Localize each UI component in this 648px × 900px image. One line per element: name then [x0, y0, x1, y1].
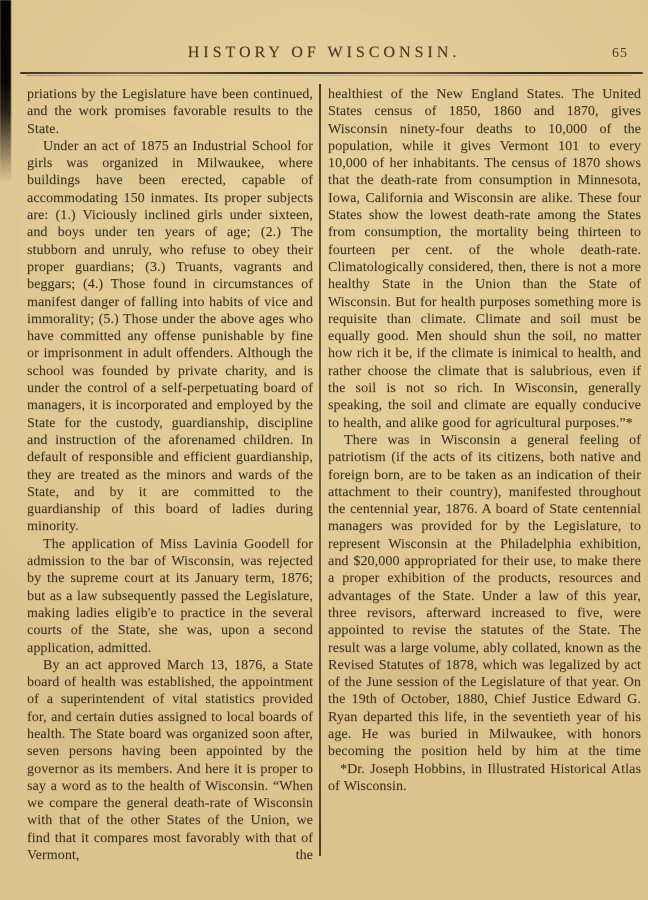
footnote: *Dr. Joseph Hobbins, in Illustrated Hist… — [328, 761, 641, 796]
page-number: 65 — [612, 46, 628, 62]
right-column-paragraphs: healthiest of the New England States. Th… — [328, 86, 641, 761]
paragraph: There was in Wisconsin a general feeling… — [328, 432, 641, 761]
right-column: healthiest of the New England States. Th… — [328, 86, 641, 795]
page-header-title: HISTORY OF WISCONSIN. — [0, 44, 648, 62]
paragraph: Under an act of 1875 an Industrial Schoo… — [27, 138, 313, 536]
scan-gutter-shadow — [0, 0, 11, 182]
paragraph: The application of Miss Lavinia Goodell … — [27, 536, 313, 657]
paragraph: By an act approved March 13, 1876, a Sta… — [27, 657, 313, 865]
paragraph: priations by the Legislature have been c… — [27, 86, 313, 138]
column-divider-rule — [319, 84, 321, 856]
header-rule — [20, 72, 643, 74]
left-column: priations by the Legislature have been c… — [27, 86, 313, 864]
book-page: HISTORY OF WISCONSIN. 65 priations by th… — [0, 0, 648, 900]
paragraph: healthiest of the New England States. Th… — [328, 86, 641, 432]
